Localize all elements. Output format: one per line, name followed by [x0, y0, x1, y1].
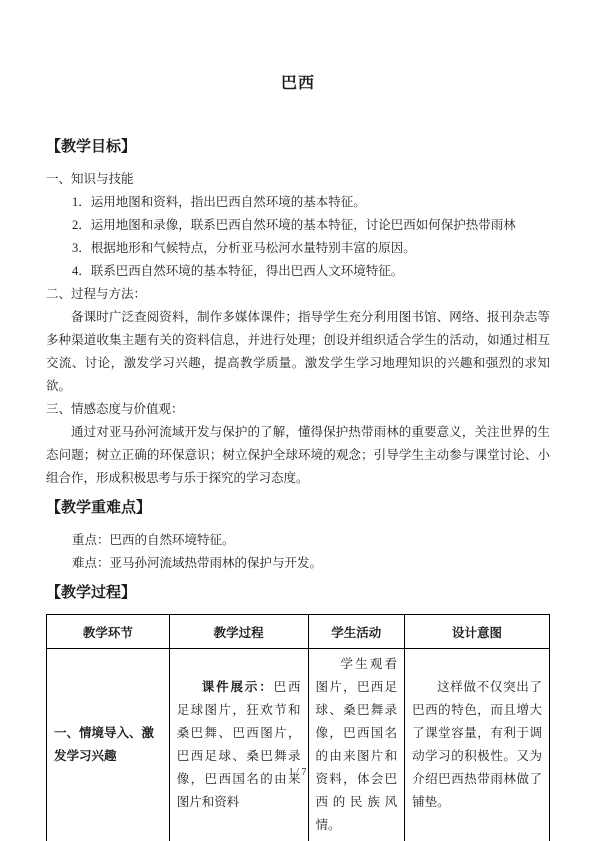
- knowledge-item-2: 2．运用地图和录像，联系巴西自然环境的基本特征，讨论巴西如何保护热带雨林: [46, 214, 550, 237]
- cell-design-intent-text: 这样做不仅突出了巴西的特色，而且增大了课堂容量，有利于调动学习的积极性。又为介绍…: [412, 676, 542, 814]
- table-header-row: 教学环节 教学过程 学生活动 设计意图: [47, 615, 550, 649]
- subsection-process-heading: 二、过程与方法：: [46, 283, 550, 306]
- process-paragraph: 备课时广泛查阅资料，制作多媒体课件；指导学生充分利用图书馆、网络、报刊杂志等多种…: [46, 306, 550, 398]
- cell-process: 课件展示：巴西足球图片，狂欢节和桑巴舞、巴西图片，巴西足球、桑巴舞录像，巴西国名…: [169, 649, 308, 841]
- emotion-paragraph: 通过对亚马孙河流域开发与保护的了解，懂得保护热带雨林的重要意义，关注世界的生态问…: [46, 421, 550, 490]
- col-header-design-intent: 设计意图: [405, 615, 550, 649]
- cell-stage: 一、情境导入、激发学习兴趣: [47, 649, 170, 841]
- section-heading-key-points: 【教学重难点】: [46, 498, 550, 518]
- col-header-student-activity: 学生活动: [308, 615, 405, 649]
- subsection-emotion-heading: 三、情感态度与价值观：: [46, 398, 550, 421]
- teaching-process-table: 教学环节 教学过程 学生活动 设计意图 一、情境导入、激发学习兴趣 课件展示：巴…: [46, 614, 550, 841]
- section-heading-objectives: 【教学目标】: [46, 137, 550, 157]
- cell-student-activity: 学生观看图片，巴西足球、桑巴舞录像，巴西国名的由来图片和资料，体会巴西的民族风情…: [308, 649, 405, 841]
- section-heading-teaching-process: 【教学过程】: [46, 583, 550, 603]
- document-title: 巴西: [46, 70, 550, 93]
- table-row: 一、情境导入、激发学习兴趣 课件展示：巴西足球图片，狂欢节和桑巴舞、巴西图片，巴…: [47, 649, 550, 841]
- document-page: 巴西 【教学目标】 一、知识与技能 1．运用地图和资料，指出巴西自然环境的基本特…: [0, 0, 595, 841]
- cell-student-activity-text: 学生观看图片，巴西足球、桑巴舞录像，巴西国名的由来图片和资料，体会巴西的民族风情…: [316, 653, 398, 837]
- knowledge-item-4: 4．联系巴西自然环境的基本特征，得出巴西人文环境特征。: [46, 260, 550, 283]
- key-point-important: 重点：巴西的自然环境特征。: [46, 529, 550, 552]
- knowledge-item-1: 1．运用地图和资料，指出巴西自然环境的基本特征。: [46, 191, 550, 214]
- page-number: 1 / 7: [0, 767, 595, 778]
- col-header-process: 教学过程: [169, 615, 308, 649]
- document-content: 巴西 【教学目标】 一、知识与技能 1．运用地图和资料，指出巴西自然环境的基本特…: [0, 0, 595, 841]
- col-header-stage: 教学环节: [47, 615, 170, 649]
- knowledge-item-3: 3．根据地形和气候特点，分析亚马松河水量特别丰富的原因。: [46, 237, 550, 260]
- subsection-knowledge-heading: 一、知识与技能: [46, 168, 550, 191]
- cell-process-text: 巴西足球图片，狂欢节和桑巴舞、巴西图片，巴西足球、桑巴舞录像，巴西国名的由来图片…: [177, 680, 301, 809]
- cell-design-intent: 这样做不仅突出了巴西的特色，而且增大了课堂容量，有利于调动学习的积极性。又为介绍…: [405, 649, 550, 841]
- key-point-difficult: 难点：亚马孙河流域热带雨林的保护与开发。: [46, 552, 550, 575]
- cell-process-label: 课件展示：: [202, 680, 274, 694]
